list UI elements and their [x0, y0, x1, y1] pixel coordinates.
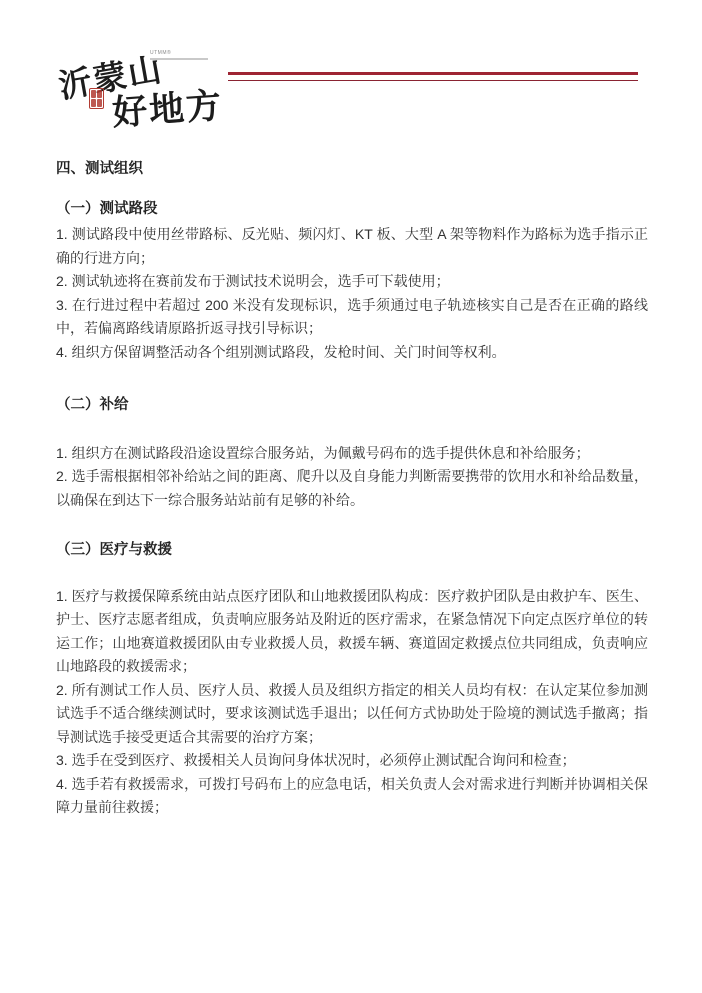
- paragraph: 1. 组织方在测试路段沿途设置综合服务站，为佩戴号码布的选手提供休息和补给服务；: [56, 442, 648, 466]
- document-body: 四、测试组织 （一）测试路段 1. 测试路段中使用丝带路标、反光贴、频闪灯、KT…: [56, 0, 648, 820]
- section-heading-test-route: （一）测试路段: [56, 198, 648, 222]
- document-title: 四、测试组织: [56, 158, 648, 182]
- paragraph: 3. 选手在受到医疗、救援相关人员询问身体状况时，必须停止测试配合询问和检查；: [56, 749, 648, 773]
- paragraph: 2. 测试轨迹将在赛前发布于测试技术说明会，选手可下载使用；: [56, 270, 648, 294]
- paragraph: 4. 组织方保留调整活动各个组别测试路段，发枪时间、关门时间等权利。: [56, 341, 648, 365]
- section-heading-supply: （二）补给: [56, 394, 648, 418]
- paragraph: 2. 所有测试工作人员、医疗人员、救援人员及组织方指定的相关人员均有权：在认定某…: [56, 679, 648, 750]
- paragraph: 4. 选手若有救援需求，可拨打号码布上的应急电话，相关负责人会对需求进行判断并协…: [56, 773, 648, 820]
- paragraph: 1. 测试路段中使用丝带路标、反光贴、频闪灯、KT 板、大型 A 架等物料作为路…: [56, 223, 648, 270]
- section-heading-medical-rescue: （三）医疗与救援: [56, 539, 648, 563]
- paragraph: 3. 在行进过程中若超过 200 米没有发现标识，选手须通过电子轨迹核实自己是否…: [56, 294, 648, 341]
- paragraph: 1. 医疗与救援保障系统由站点医疗团队和山地救援团队构成：医疗救护团队是由救护车…: [56, 585, 648, 679]
- paragraph: 2. 选手需根据相邻补给站之间的距离、爬升以及自身能力判断需要携带的饮用水和补给…: [56, 465, 648, 512]
